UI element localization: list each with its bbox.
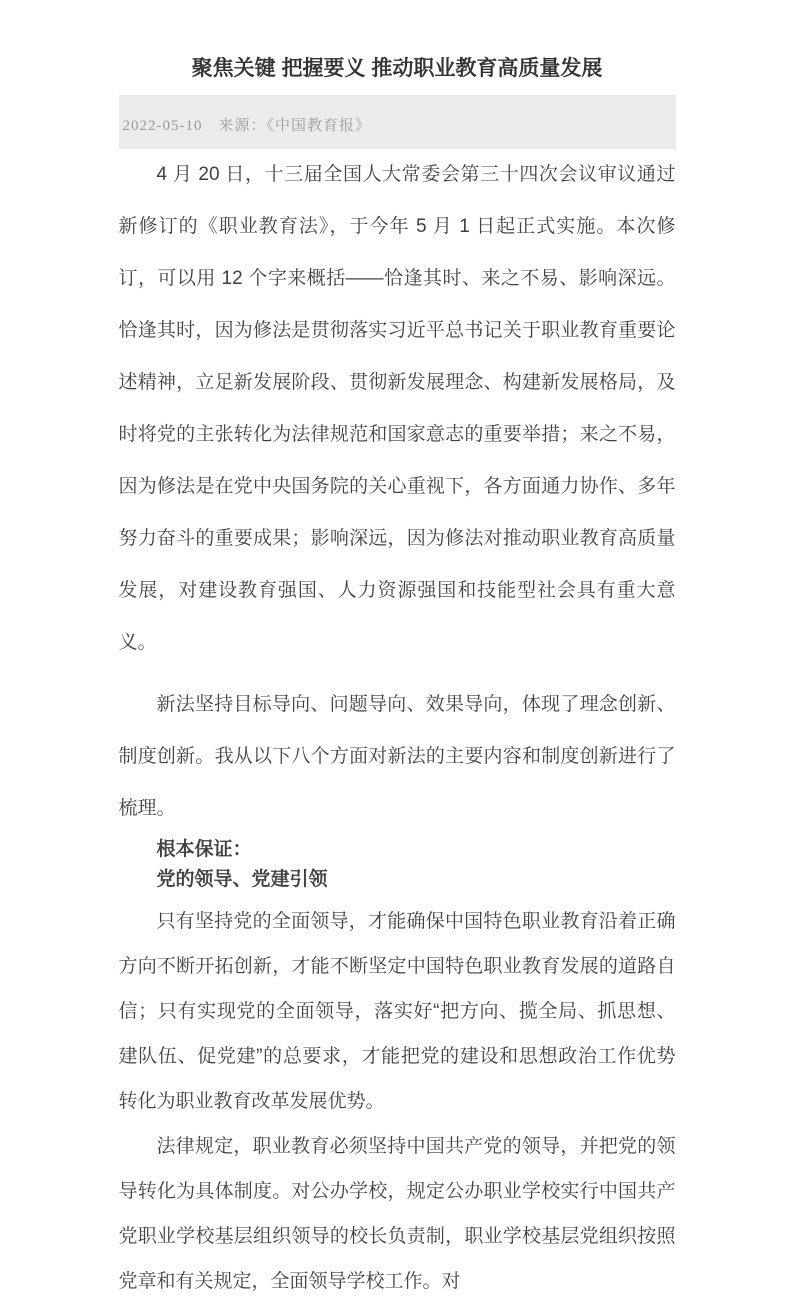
meta-bar: 2022-05-10 来源：《中国教育报》 bbox=[119, 95, 676, 149]
document-page: 聚焦关键 把握要义 推动职业教育高质量发展 2022-05-10 来源：《中国教… bbox=[119, 0, 676, 1304]
section-heading-party-leadership: 党的领导、党建引领 bbox=[119, 865, 676, 895]
meta-date-source: 2022-05-10 来源：《中国教育报》 bbox=[123, 115, 666, 137]
paragraph-party-leadership: 只有坚持党的全面领导，才能确保中国特色职业教育沿着正确方向不断开拓创新，才能不断… bbox=[119, 899, 676, 1124]
article-body: 4 月 20 日，十三届全国人大常委会第三十四次会议审议通过新修订的《职业教育法… bbox=[119, 149, 676, 1304]
paragraph-intro: 4 月 20 日，十三届全国人大常委会第三十四次会议审议通过新修订的《职业教育法… bbox=[119, 149, 676, 669]
article-title: 聚焦关键 把握要义 推动职业教育高质量发展 bbox=[119, 54, 676, 84]
paragraph-overview: 新法坚持目标导向、问题导向、效果导向，体现了理念创新、制度创新。我从以下八个方面… bbox=[119, 679, 676, 835]
section-heading-guarantee: 根本保证： bbox=[119, 835, 676, 865]
paragraph-legal-provisions: 法律规定，职业教育必须坚持中国共产党的领导，并把党的领导转化为具体制度。对公办学… bbox=[119, 1124, 676, 1304]
